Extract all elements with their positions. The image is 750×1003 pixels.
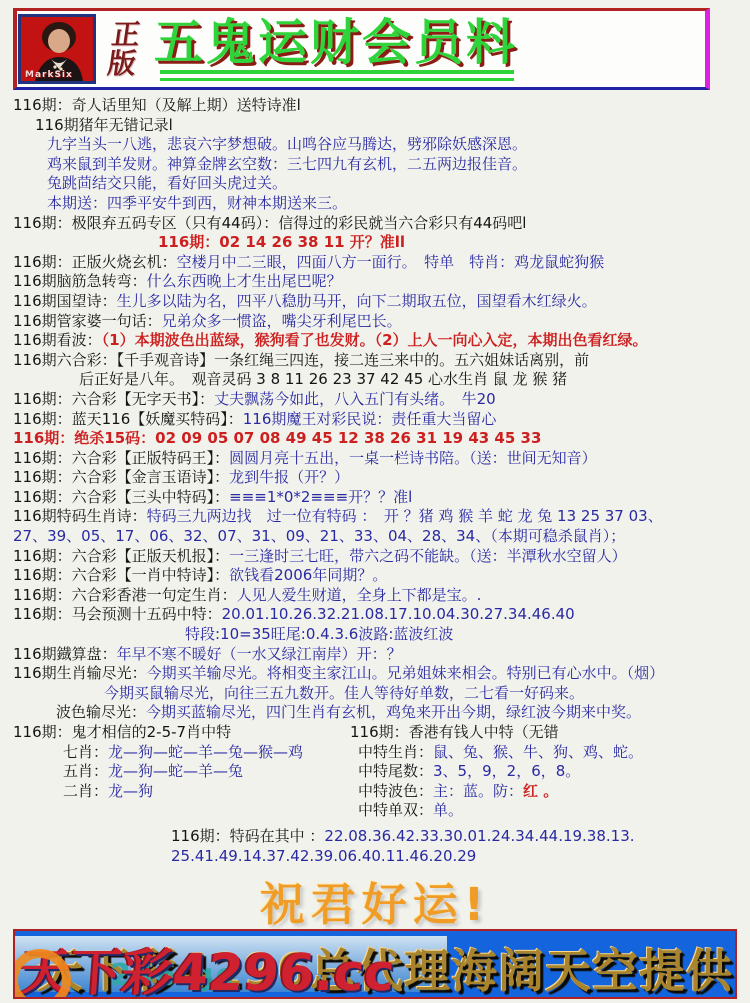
text-line: 七肖：龙—狗—蛇—羊—兔—猴—鸡: [13, 743, 350, 763]
text-line: 116期：马会预测十五码中特：20.01.10.26.32.21.08.17.1…: [13, 605, 750, 625]
masthead: MarkSix 正版 五鬼运财会员料: [13, 8, 710, 90]
text-line: 本期送：四季平安牛到西，财神本期送来三。: [13, 194, 750, 214]
text-line: 116期：鬼才相信的2-5-7肖中特: [13, 723, 350, 743]
text-segment: 中特单双：: [358, 801, 433, 819]
text-line: 116期：六合彩【无字天书】：丈夫飘荡今如此，八入五门有头绪。 牛20: [13, 390, 750, 410]
footer-banner: 天下彩4296总代理海阔天空提供 246.gc 天下彩4296.cc: [13, 929, 737, 999]
text-segment: 27、39、05、17、06、32、07、31、09、21、33、04、28、3…: [13, 527, 625, 545]
text-segment: 116期：六合彩【一肖中特诗】：: [13, 566, 229, 584]
text-line: 中特单双：单。: [350, 801, 750, 821]
text-segment: 波色输尽光：: [56, 703, 146, 721]
column-left-zodiac-picks: 116期：鬼才相信的2-5-7肖中特七肖：龙—狗—蛇—羊—兔—猴—鸡五肖：龙—狗…: [13, 723, 350, 821]
text-segment: 丈夫飘荡今如此，八入五门有头绪。 牛20: [214, 390, 496, 408]
page-title: 五鬼运财会员料: [154, 17, 518, 69]
text-segment: 116期：马会预测十五码中特：: [13, 605, 222, 623]
text-segment: 116期脑筋急转弯：: [13, 272, 147, 290]
text-line: 九字当头一八逃，悲哀六字梦想破。山鸣谷应马腾达，劈邪除妖感深恩。: [13, 135, 750, 155]
text-line: 五肖：龙—狗—蛇—羊—兔: [13, 762, 350, 782]
text-segment: 116期鐡算盘：: [13, 645, 117, 663]
text-line: 116期生肖输尽光：今期买羊输尽光。将相变主家江山。兄弟姐妹来相会。特别已有心水…: [13, 664, 750, 684]
text-segment: 116期：六合彩香港一句定生肖：: [13, 586, 237, 604]
text-line: 116期：六合彩【正版特码王】：圆圆月亮十五出，一桌一栏诗书陪。（送：世间无知音…: [13, 449, 750, 469]
column-right-hk-rich-picks: 116期：香港有钱人中特（无错中特生肖：鼠、兔、猴、牛、狗、鸡、蛇。中特尾数：3…: [350, 723, 750, 821]
text-line: 116期看波：（1）本期波色出蓝绿，猴狗看了也发财。（2）上人一向心入定，本期出…: [13, 331, 750, 351]
text-line: 116期：02 14 26 38 11 开？准ll: [13, 233, 750, 253]
text-segment: 116期特码生肖诗：: [13, 507, 147, 525]
photo-caption: MarkSix: [25, 70, 73, 80]
text-segment: 116期：02 14 26 38 11 开？准ll: [158, 233, 405, 251]
text-segment: 中特生肖：: [358, 743, 433, 761]
text-segment: 龙—狗—蛇—羊—兔: [108, 762, 243, 780]
text-segment: 25.41.49.14.37.42.39.06.40.11.46.20.29: [171, 847, 476, 865]
text-line: 116期：六合彩香港一句定生肖：人见人爱生财道，全身上下都是宝。.: [13, 586, 750, 606]
text-segment: 单。: [433, 801, 463, 819]
text-segment: 116期猪年无错记录l: [35, 116, 173, 134]
text-segment: 鸡来鼠到羊发财。神算金牌玄空数：三七四九有玄机，二五两边报佳音。: [47, 155, 527, 173]
text-segment: （1）本期波色出蓝绿，猴狗看了也发财。（2）上人一向心入定，本期出色看红绿。: [102, 331, 648, 349]
text-line: 兔跳茴结交只能，看好回头虎过关。: [13, 174, 750, 194]
text-segment: 本期送：四季平安牛到西，财神本期送来三。: [47, 194, 347, 212]
text-segment: 116期魔王对彩民说：责任重大当留心: [243, 410, 497, 428]
text-segment: 116期：奇人话里知（及解上期）送特诗准l: [13, 96, 301, 114]
two-column-block: 116期：鬼才相信的2-5-7肖中特七肖：龙—狗—蛇—羊—兔—猴—鸡五肖：龙—狗…: [0, 723, 750, 821]
text-segment: 116期：香港有钱人中特（无错: [350, 723, 559, 741]
host-photo: MarkSix: [18, 14, 96, 84]
text-segment: 特码三九两边找 过一位有特码 ： 开 ？猪 鸡 猴 羊 蛇 龙 兔 13 25 …: [147, 507, 663, 525]
text-segment: 116期：绝杀15码：02 09 05 07 08 49 45 12 38 26…: [13, 429, 541, 447]
text-segment: 五肖：: [63, 762, 108, 780]
banner-red-watermark: 天下彩4296.cc: [17, 931, 397, 999]
text-line: 116期猪年无错记录l: [13, 116, 750, 136]
text-segment: 生儿多以陆为名，四平八稳肋马开，向下二期取五位，国望看木红绿火。: [117, 292, 597, 310]
special-numbers-block: 116期：特码在其中 ：22.08.36.42.33.30.01.24.34.4…: [0, 821, 750, 866]
text-line: 116期：六合彩【三头中特码】：≡≡≡1*0*2≡≡≡开？？准l: [13, 488, 750, 508]
text-segment: 116期：六合彩【三头中特码】：: [13, 488, 229, 506]
text-segment: 一三逢时三七旺，带六之码不能缺。（送：半潭秋水空留人）: [229, 547, 627, 565]
text-line: 116期：香港有钱人中特（无错: [350, 723, 750, 743]
text-line: 今期买鼠输尽光，向往三五九数开。佳人等待好单数，二七看一好码来。: [13, 684, 750, 704]
text-segment: 年早不寒不暖好（一水又绿江南岸）开：？: [117, 645, 402, 663]
text-segment: 今期买鼠输尽光，向往三五九数开。佳人等待好单数，二七看一好码来。: [104, 684, 584, 702]
text-line: 116期：六合彩【正版天机报】：一三逢时三七旺，带六之码不能缺。（送：半潭秋水空…: [13, 547, 750, 567]
text-segment: 空楼月中二三眼，四面八方一面行。 特单 特肖：鸡龙鼠蛇狗猴: [177, 253, 605, 271]
edition-label: 正版: [102, 20, 146, 78]
text-segment: 七肖：: [63, 743, 108, 761]
text-segment: 116期：极限弃五码专区（只有44码）：信得过的彩民就当六合彩只有44码吧l: [13, 214, 526, 232]
text-segment: 116期：特码在其中 ：: [171, 827, 324, 845]
text-line: 116期：特码在其中 ：22.08.36.42.33.30.01.24.34.4…: [13, 827, 750, 847]
text-segment: 中特尾数：: [358, 762, 433, 780]
text-segment: 116期：六合彩【正版天机报】：: [13, 547, 229, 565]
text-segment: 兄弟众多一惯盗，嘴尖牙利尾巴长。: [162, 312, 402, 330]
text-line: 二肖：龙—狗: [13, 782, 350, 802]
text-segment: 欲钱看2006年同期？。: [229, 566, 387, 584]
text-segment: 116期：六合彩【正版特码王】：: [13, 449, 229, 467]
text-segment: 22.08.36.42.33.30.01.24.34.44.19.38.13.: [324, 827, 634, 845]
text-line: 25.41.49.14.37.42.39.06.40.11.46.20.29: [13, 847, 750, 867]
text-segment: 九字当头一八逃，悲哀六字梦想破。山鸣谷应马腾达，劈邪除妖感深恩。: [47, 135, 527, 153]
text-segment: 后正好是八年。 观音灵码 3 8 11 26 23 37 42 45 心水生肖 …: [79, 370, 567, 388]
text-segment: 116期六合彩：【千手观音诗】一条红绳三四连，接二连三来中的。五六姐妹话离别，前: [13, 351, 589, 369]
text-segment: 特段:10=35旺尾:0.4.3.6波路:蓝波红波: [185, 625, 453, 643]
text-segment: 116期：正版火烧玄机：: [13, 253, 177, 271]
text-line: 中特尾数：3、5，9，2，6，8。: [350, 762, 750, 782]
text-segment: 20.01.10.26.32.21.08.17.10.04.30.27.34.4…: [222, 605, 575, 623]
text-line: 特段:10=35旺尾:0.4.3.6波路:蓝波红波: [13, 625, 750, 645]
text-segment: 116期：蓝天116【妖魔买特码】：: [13, 410, 243, 428]
text-segment: 116期：六合彩【金言玉语诗】：: [13, 468, 229, 486]
text-line: 116期：绝杀15码：02 09 05 07 08 49 45 12 38 26…: [13, 429, 750, 449]
text-line: 116期六合彩：【千手观音诗】一条红绳三四连，接二连三来中的。五六姐妹话离别，前: [13, 351, 750, 371]
text-line: 116期脑筋急转弯：什么东西晚上才生出尾巴呢？: [13, 272, 750, 292]
text-segment: 116期生肖输尽光：: [13, 664, 147, 682]
text-segment: 今期买羊输尽光。将相变主家江山。兄弟姐妹来相会。特别已有心水中。（烟）: [147, 664, 665, 682]
title-wrap: 五鬼运财会员料: [154, 17, 518, 81]
text-segment: 什么东西晚上才生出尾巴呢？: [147, 272, 342, 290]
text-segment: 红 。: [523, 782, 558, 800]
text-segment: 兔跳茴结交只能，看好回头虎过关。: [47, 174, 287, 192]
text-line: 116期鐡算盘：年早不寒不暖好（一水又绿江南岸）开：？: [13, 645, 750, 665]
text-line: 116期：奇人话里知（及解上期）送特诗准l: [13, 96, 750, 116]
text-segment: 鼠、兔、猴、牛、狗、鸡、蛇。: [433, 743, 643, 761]
text-segment: 龙到牛报（开？）: [229, 468, 349, 486]
text-segment: 3、5，9，2，6，8。: [433, 762, 580, 780]
text-segment: 116期国望诗：: [13, 292, 117, 310]
text-line: 后正好是八年。 观音灵码 3 8 11 26 23 37 42 45 心水生肖 …: [13, 370, 750, 390]
text-line: 116期：正版火烧玄机：空楼月中二三眼，四面八方一面行。 特单 特肖：鸡龙鼠蛇狗…: [13, 253, 750, 273]
text-line: 27、39、05、17、06、32、07、31、09、21、33、04、28、3…: [13, 527, 750, 547]
text-segment: 人见人爱生财道，全身上下都是宝。.: [237, 586, 482, 604]
text-segment: 116期：六合彩【无字天书】：: [13, 390, 214, 408]
text-line: 116期管家婆一句话：兄弟众多一惯盗，嘴尖牙利尾巴长。: [13, 312, 750, 332]
title-underline: [160, 70, 514, 81]
text-line: 116期：六合彩【金言玉语诗】：龙到牛报（开？）: [13, 468, 750, 488]
text-segment: 中特波色：: [358, 782, 433, 800]
text-line: 波色输尽光：今期买蓝输尽光，四门生肖有玄机，鸡兔来开出今期，绿红波今期来中奖。: [13, 703, 750, 723]
text-segment: 圆圆月亮十五出，一桌一栏诗书陪。（送：世间无知音）: [229, 449, 597, 467]
text-line: 鸡来鼠到羊发财。神算金牌玄空数：三七四九有玄机，二五两边报佳音。: [13, 155, 750, 175]
text-line: 116期特码生肖诗：特码三九两边找 过一位有特码 ： 开 ？猪 鸡 猴 羊 蛇 …: [13, 507, 750, 527]
text-segment: 116期看波：: [13, 331, 102, 349]
text-line: 116期：极限弃五码专区（只有44码）：信得过的彩民就当六合彩只有44码吧l: [13, 214, 750, 234]
text-segment: 116期管家婆一句话：: [13, 312, 162, 330]
text-segment: 龙—狗: [108, 782, 153, 800]
text-line: 中特波色：主：蓝。防：红 。: [350, 782, 750, 802]
text-line: 116期：蓝天116【妖魔买特码】：116期魔王对彩民说：责任重大当留心: [13, 410, 750, 430]
text-segment: 116期：鬼才相信的2-5-7肖中特: [13, 723, 231, 741]
text-line: 116期国望诗：生儿多以陆为名，四平八稳肋马开，向下二期取五位，国望看木红绿火。: [13, 292, 750, 312]
text-segment: ≡≡≡1*0*2≡≡≡开？？准l: [229, 488, 412, 506]
tips-text-block: 116期：奇人话里知（及解上期）送特诗准l116期猪年无错记录l九字当头一八逃，…: [0, 90, 750, 723]
text-segment: 今期买蓝输尽光，四门生肖有玄机，鸡兔来开出今期，绿红波今期来中奖。: [146, 703, 641, 721]
text-line: 中特生肖：鼠、兔、猴、牛、狗、鸡、蛇。: [350, 743, 750, 763]
text-segment: 二肖：: [63, 782, 108, 800]
text-segment: 主：蓝。防：: [433, 782, 523, 800]
good-luck-wish: 祝君好运!: [0, 868, 750, 933]
text-segment: 龙—狗—蛇—羊—兔—猴—鸡: [108, 743, 303, 761]
text-line: 116期：六合彩【一肖中特诗】：欲钱看2006年同期？。: [13, 566, 750, 586]
